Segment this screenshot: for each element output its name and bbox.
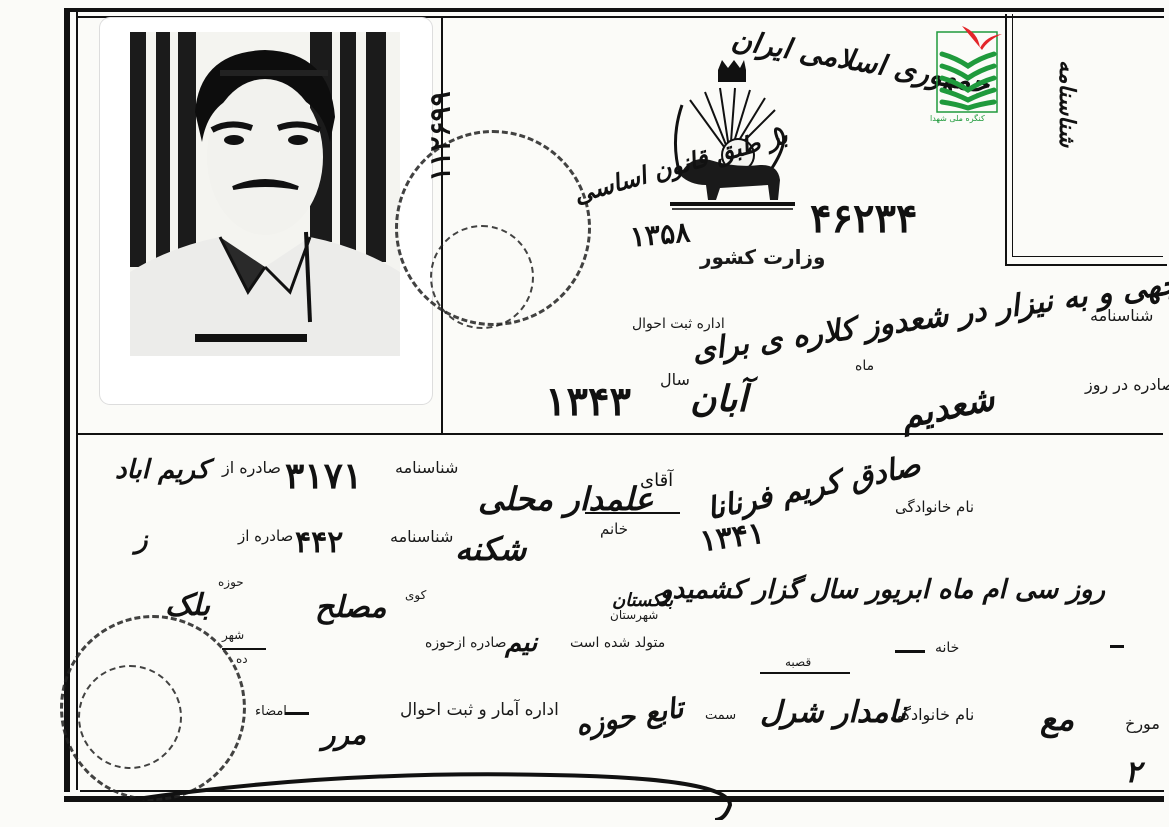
official-seal-stamp-lower-inner xyxy=(78,665,182,769)
corner-mark: ۲ xyxy=(1125,755,1141,790)
officer-family-value: نامدار شرل xyxy=(760,695,906,730)
month-value: آبان xyxy=(690,378,747,420)
family-name-label: نام خانوادگی xyxy=(895,498,974,516)
position-value: تابع حوزه xyxy=(573,691,686,742)
district-value: بلکستان xyxy=(612,590,673,611)
mother-id-number: ۴۴۲ xyxy=(295,525,343,560)
position-label: سمت xyxy=(705,708,736,723)
mother-issued-from-value: ز xyxy=(135,525,148,555)
mother-id-label: شناسنامه xyxy=(390,527,453,546)
side-annotation: شناسنامه xyxy=(1054,60,1080,147)
signature-stroke xyxy=(130,760,790,820)
stamp-box-frame-inner xyxy=(1012,14,1163,257)
signature-dash xyxy=(285,712,309,715)
registry-office-label: اداره ثبت احوال xyxy=(632,316,725,332)
house-dash-right xyxy=(1110,645,1124,648)
village-label: ده xyxy=(236,652,248,666)
emblem-year: ۱۳۵۸ xyxy=(629,215,692,253)
frame-border-top xyxy=(64,8,1164,12)
family-name-value: صادق کریم فرنانا xyxy=(704,448,924,527)
town-label: قصبه xyxy=(785,655,811,669)
issued-day-label: صادره در روز xyxy=(1085,375,1169,394)
city-village-divider xyxy=(222,648,266,650)
birth-year: ۱۳۴۱ xyxy=(698,516,767,560)
year-label: سال xyxy=(660,370,690,389)
registry-office-footer-label: اداره آمار و ثبت احوال xyxy=(400,700,559,720)
certificate-number: ۴۶۲۳۴ xyxy=(810,195,917,242)
date-value: مع xyxy=(1040,700,1074,738)
birth-date-line: روز سی ام ماه ابریور سال گزار کشمیدو xyxy=(660,575,1105,605)
father-name-underline xyxy=(585,512,680,514)
logo-caption: کنگره ملی شهدا xyxy=(930,114,985,123)
section-divider xyxy=(78,433,1163,435)
father-id-label: شناسنامه xyxy=(395,458,458,477)
mother-name: شکنه xyxy=(455,530,526,568)
vertical-serial-number: ۱۱۲۶۹۹ xyxy=(424,91,457,181)
mother-label: خانم xyxy=(600,520,628,538)
month-label: ماه xyxy=(855,358,874,374)
registry-office-footer-value: مرر xyxy=(322,718,366,751)
father-issued-from-value: کریم اباد xyxy=(115,455,209,485)
mother-issued-from-label: صادره از xyxy=(238,527,293,545)
year-value: ۱۳۴۳ xyxy=(545,378,631,425)
zone-label: حوزه xyxy=(218,575,244,589)
zone-value: بلک xyxy=(165,588,210,623)
official-seal-stamp-inner xyxy=(430,225,534,329)
date-label: مورخ xyxy=(1125,714,1160,733)
father-issued-from-label: صادره از xyxy=(222,458,281,477)
city-label: شهر xyxy=(222,628,244,642)
born-in-value: نیم xyxy=(505,628,537,658)
issued-day-value: شعدیم xyxy=(897,379,998,438)
signature-label: امضاء xyxy=(255,704,287,719)
house-dash xyxy=(895,650,925,653)
alley-value: مصلح xyxy=(315,590,386,625)
alley-label: کوی xyxy=(405,588,426,602)
side-annotation-text: شناسنامه xyxy=(1054,60,1080,147)
portrait-photo xyxy=(130,32,400,356)
father-id-number: ۳۱۷۱ xyxy=(285,455,362,497)
ministry-title: وزارت کشور xyxy=(700,245,825,269)
born-label: متولد شده است xyxy=(570,635,665,651)
green-book-logo xyxy=(934,26,1004,126)
issued-zone-label: صادره ازحوزه xyxy=(425,635,507,651)
house-label: خانه xyxy=(935,640,959,656)
town-underline xyxy=(760,672,850,674)
